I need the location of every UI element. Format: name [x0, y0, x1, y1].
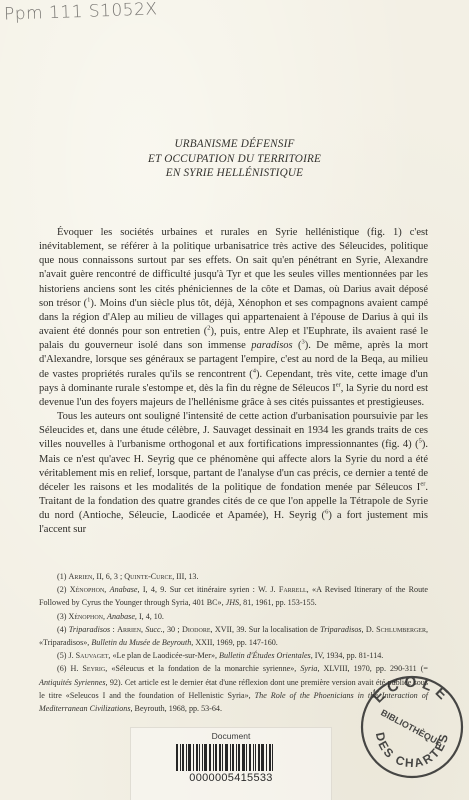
paragraph-1: Évoquer les sociétés urbaines et rurales…	[39, 226, 428, 410]
title-line-3: EN SYRIE HELLÉNISTIQUE	[0, 166, 469, 181]
barcode-label: Document 0000005415533	[130, 727, 332, 800]
footnote-3: (3) Xénophon, Anabase, I, 4, 10.	[39, 610, 428, 623]
barcode-title: Document	[131, 731, 331, 741]
title-line-1: URBANISME DÉFENSIF	[0, 137, 469, 152]
title-line-2: ET OCCUPATION DU TERRITOIRE	[0, 152, 469, 167]
footnote-2: (2) Xénophon, Anabase, I, 4, 9. Sur cet …	[39, 583, 428, 609]
barcode-number: 0000005415533	[131, 772, 331, 784]
body-text: Évoquer les sociétés urbaines et rurales…	[39, 226, 428, 537]
paragraph-2: Tous les auteurs ont souligné l'intensit…	[39, 410, 428, 537]
footnote-5: (5) J. Sauvaget, «Le plan de Laodicée-su…	[39, 649, 428, 662]
svg-text:DES CHARTES: DES CHARTES	[373, 731, 451, 770]
svg-text:ÉCOLE: ÉCOLE	[370, 674, 455, 707]
barcode-icon	[176, 744, 288, 771]
scanned-page: Ppm 111 S1052X URBANISME DÉFENSIF ET OCC…	[0, 0, 469, 800]
handwritten-call-number: Ppm 111 S1052X	[4, 0, 158, 25]
footnote-4: (4) Triparadisos : Arrien, Succ., 30 ; D…	[39, 623, 428, 649]
footnote-1: (1) Arrien, II, 6, 3 ; Quinte-Curce, III…	[39, 570, 428, 583]
article-title: URBANISME DÉFENSIF ET OCCUPATION DU TERR…	[0, 137, 469, 181]
library-stamp-icon: ÉCOLE BIBLIOTHÈQUE DES CHARTES	[358, 673, 466, 781]
